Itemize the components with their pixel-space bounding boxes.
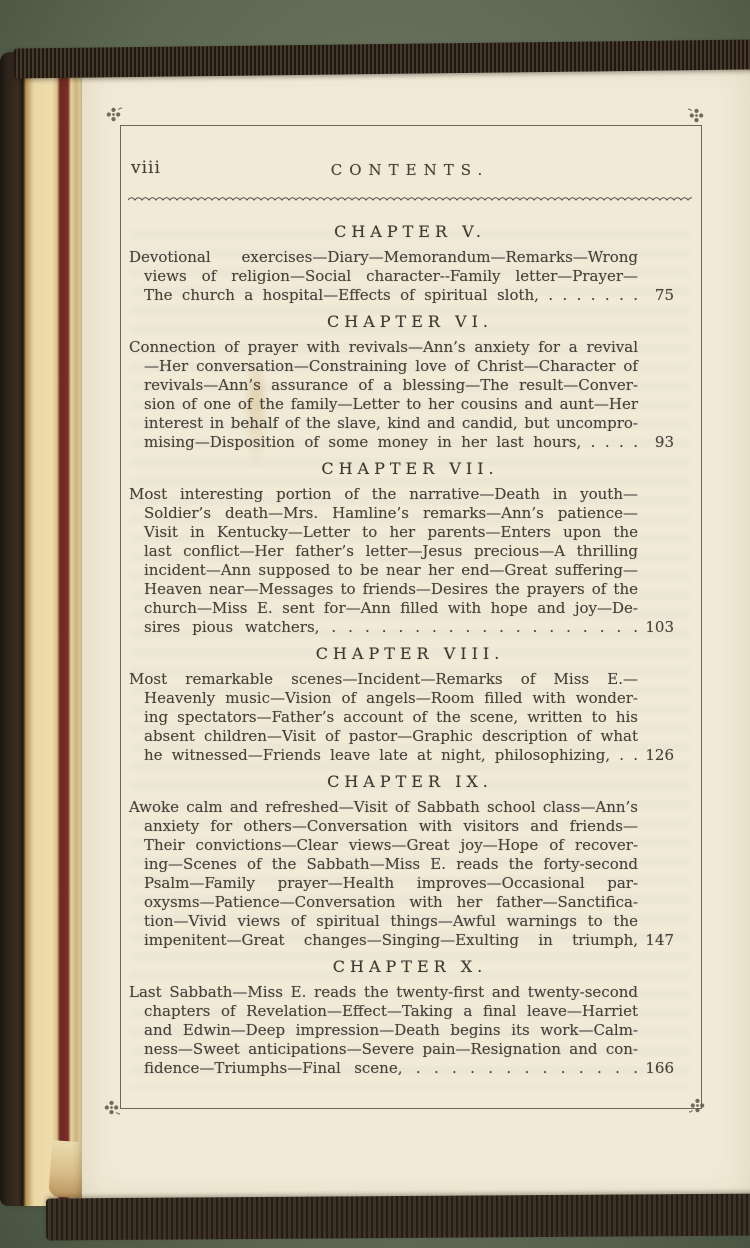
chapter-page-number: 103 [645,618,674,637]
chapter-heading: CHAPTER VII. [126,459,694,479]
toc-line: last conflict—Her father’s letter—Jesus … [129,542,638,561]
toc-line: Soldier’s death—Mrs. Hamline’s remarks—A… [129,504,638,523]
floral-ornament-top-right-icon [688,107,705,124]
floral-ornament-top-left-icon [105,106,122,123]
contents-title: CONTENTS. [120,161,700,179]
toc-line: revivals—Ann’s assurance of a blessing—T… [129,376,638,395]
toc-line: views of religion—Social character--Fami… [129,267,638,286]
toc-line: Heavenly music—Vision of angels—Room fil… [129,689,638,708]
toc-chapter: CHAPTER X. Last Sabbath—Miss E. reads th… [126,957,694,1078]
toc-line: tion—Vivid views of spiritual things—Awf… [129,912,638,931]
toc-line: Most interesting portion of the narrativ… [129,485,638,504]
book-scan: viii CONTENTS. CHAPTER V. Devotional exe… [0,0,750,1248]
toc-line: and Edwin—Deep impression—Death begins i… [129,1021,638,1040]
toc-line: ing—Scenes of the Sabbath—Miss E. reads … [129,855,638,874]
toc-line: mising—Disposition of some money in her … [129,433,638,452]
chapter-summary: Last Sabbath—Miss E. reads the twenty-fi… [126,983,694,1078]
chapter-page-number: 75 [655,286,674,305]
toc-line: incident—Ann supposed to be near her end… [129,561,638,580]
toc-chapter: CHAPTER VI. Connection of prayer with re… [126,312,694,452]
chapter-summary: Awoke calm and refreshed—Visit of Sabbat… [126,798,694,950]
toc-line: ness—Sweet anticipations—Severe pain—Res… [129,1040,638,1059]
toc-chapter: CHAPTER IX. Awoke calm and refreshed—Vis… [126,772,694,950]
chapter-heading: CHAPTER V. [126,222,694,242]
chapter-heading: CHAPTER VIII. [126,644,694,664]
table-of-contents: CHAPTER V. Devotional exercises—Diary—Me… [126,215,694,1078]
toc-line: fidence—Triumphs—Final scene, . . . . . … [129,1059,638,1078]
toc-line: sires pious watchers, . . . . . . . . . … [129,618,638,637]
toc-line: he witnessed—Friends leave late at night… [129,746,638,765]
floral-ornament-bottom-right-icon [689,1097,706,1114]
toc-line: Psalm—Family prayer—Health improves—Occa… [129,874,638,893]
chapter-page-number: 93 [655,433,674,452]
toc-line: chapters of Revelation—Effect—Taking a f… [129,1002,638,1021]
toc-line: anxiety for others—Conversation with vis… [129,817,638,836]
wavy-rule [128,195,692,205]
chapter-summary: Most remarkable scenes—Incident—Remarks … [126,670,694,765]
toc-line: oxysms—Patience—Conversation with her fa… [129,893,638,912]
toc-line: Last Sabbath—Miss E. reads the twenty-fi… [129,983,638,1002]
chapter-page-number: 147 [645,931,674,950]
toc-line: —Her conversation—Constraining love of C… [129,357,638,376]
toc-line: Most remarkable scenes—Incident—Remarks … [129,670,638,689]
chapter-page-number: 166 [645,1059,674,1078]
toc-line: Their convictions—Clear views—Great joy—… [129,836,638,855]
toc-line: sion of one of the family—Letter to her … [129,395,638,414]
toc-line: The church a hospital—Effects of spiritu… [129,286,638,305]
toc-line: ing spectators—Father’s account of the s… [129,708,638,727]
toc-line: church—Miss E. sent for—Ann filled with … [129,599,638,618]
toc-line: Devotional exercises—Diary—Memorandum—Re… [129,248,638,267]
chapter-summary: Devotional exercises—Diary—Memorandum—Re… [126,248,694,305]
chapter-heading: CHAPTER IX. [126,772,694,792]
toc-chapter: CHAPTER VII. Most interesting portion of… [126,459,694,637]
chapter-heading: CHAPTER X. [126,957,694,977]
chapter-heading: CHAPTER VI. [126,312,694,332]
chapter-summary: Most interesting portion of the narrativ… [126,485,694,637]
toc-line: absent children—Visit of pastor—Graphic … [129,727,638,746]
book-bottom-edge [46,1194,750,1241]
toc-chapter: CHAPTER VIII. Most remarkable scenes—Inc… [126,644,694,765]
toc-line: Heaven near—Messages to friends—Desires … [129,580,638,599]
toc-chapter: CHAPTER V. Devotional exercises—Diary—Me… [126,222,694,305]
toc-line: Connection of prayer with revivals—Ann’s… [129,338,638,357]
chapter-summary: Connection of prayer with revivals—Ann’s… [126,338,694,452]
toc-line: impenitent—Great changes—Singing—Exultin… [129,931,638,950]
toc-line: interest in behalf of the slave, kind an… [129,414,638,433]
chapter-page-number: 126 [645,746,674,765]
toc-line: Visit in Kentucky—Letter to her parents—… [129,523,638,542]
toc-line: Awoke calm and refreshed—Visit of Sabbat… [129,798,638,817]
floral-ornament-bottom-left-icon [103,1099,120,1116]
